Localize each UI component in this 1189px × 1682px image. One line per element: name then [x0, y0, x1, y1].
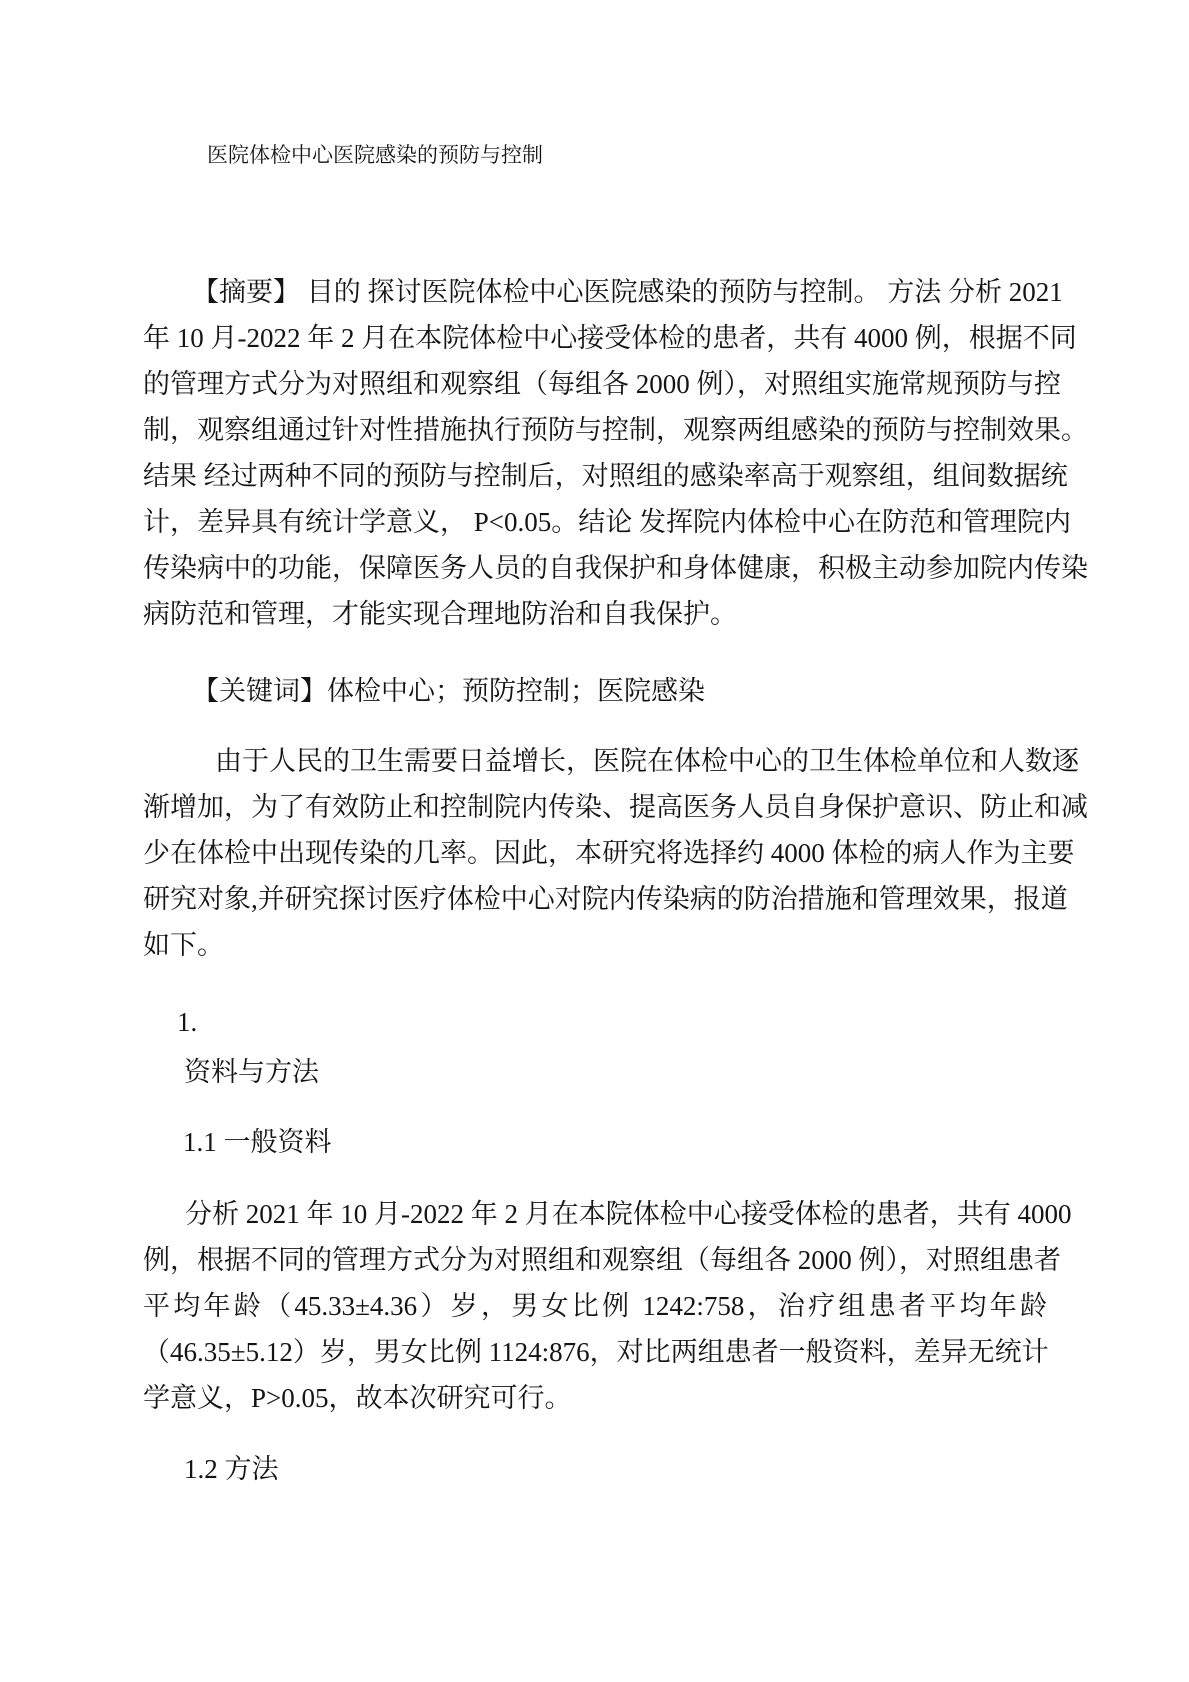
general-data-paragraph: 分析 2021 年 10 月-2022 年 2 月在本院体检中心接受体检的患者，…	[143, 1191, 1047, 1421]
introduction-line: 如下。	[143, 922, 1047, 968]
abstract-line: 传染病中的功能，保障医务人员的自我保护和身体健康，积极主动参加院内传染	[143, 545, 1047, 591]
section-1-title: 资料与方法	[143, 1049, 1047, 1095]
abstract-line: 年 10 月-2022 年 2 月在本院体检中心接受体检的患者，共有 4000 …	[143, 315, 1047, 361]
abstract-line: 结果 经过两种不同的预防与控制后，对照组的感染率高于观察组，组间数据统	[143, 453, 1047, 499]
introduction-line: 由于人民的卫生需要日益增长，医院在体检中心的卫生体检单位和人数逐	[143, 738, 1047, 784]
abstract-line: 制，观察组通过针对性措施执行预防与控制，观察两组感染的预防与控制效果。	[143, 407, 1047, 453]
section-1-2-heading: 1.2 方法	[143, 1446, 1047, 1492]
abstract-line: 的管理方式分为对照组和观察组（每组各 2000 例），对照组实施常规预防与控	[143, 361, 1047, 407]
abstract-line: 计，差异具有统计学意义， P<0.05。结论 发挥院内体检中心在防范和管理院内	[143, 499, 1047, 545]
general-data-line: （46.35±5.12）岁，男女比例 1124:876，对比两组患者一般资料，差…	[143, 1329, 1047, 1375]
general-data-line: 分析 2021 年 10 月-2022 年 2 月在本院体检中心接受体检的患者，…	[143, 1191, 1047, 1237]
introduction-paragraph: 由于人民的卫生需要日益增长，医院在体检中心的卫生体检单位和人数逐 渐增加，为了有…	[143, 738, 1047, 968]
keywords-line: 【关键词】体检中心；预防控制；医院感染	[143, 668, 1047, 714]
general-data-line: 平均年龄（45.33±4.36）岁，男女比例 1242:758，治疗组患者平均年…	[143, 1283, 1047, 1329]
document-title: 医院体检中心医院感染的预防与控制	[143, 140, 1047, 170]
introduction-line: 少在体检中出现传染的几率。因此，本研究将选择约 4000 体检的病人作为主要	[143, 830, 1047, 876]
section-1-1-heading: 1.1 一般资料	[143, 1119, 1047, 1165]
document-page: 医院体检中心医院感染的预防与控制 【摘要】 目的 探讨医院体检中心医院感染的预防…	[0, 0, 1189, 1682]
keywords-paragraph: 【关键词】体检中心；预防控制；医院感染	[143, 668, 1047, 714]
section-1-number: 1.	[143, 999, 1047, 1045]
abstract-paragraph: 【摘要】 目的 探讨医院体检中心医院感染的预防与控制。 方法 分析 2021 年…	[143, 269, 1047, 637]
general-data-line: 例，根据不同的管理方式分为对照组和观察组（每组各 2000 例），对照组患者	[143, 1237, 1047, 1283]
introduction-line: 渐增加，为了有效防止和控制院内传染、提高医务人员自身保护意识、防止和减	[143, 784, 1047, 830]
introduction-line: 研究对象,并研究探讨医疗体检中心对院内传染病的防治措施和管理效果，报道	[143, 876, 1047, 922]
abstract-line: 病防范和管理，才能实现合理地防治和自我保护。	[143, 591, 1047, 637]
abstract-line: 【摘要】 目的 探讨医院体检中心医院感染的预防与控制。 方法 分析 2021	[143, 269, 1047, 315]
general-data-line: 学意义，P>0.05，故本次研究可行。	[143, 1375, 1047, 1421]
